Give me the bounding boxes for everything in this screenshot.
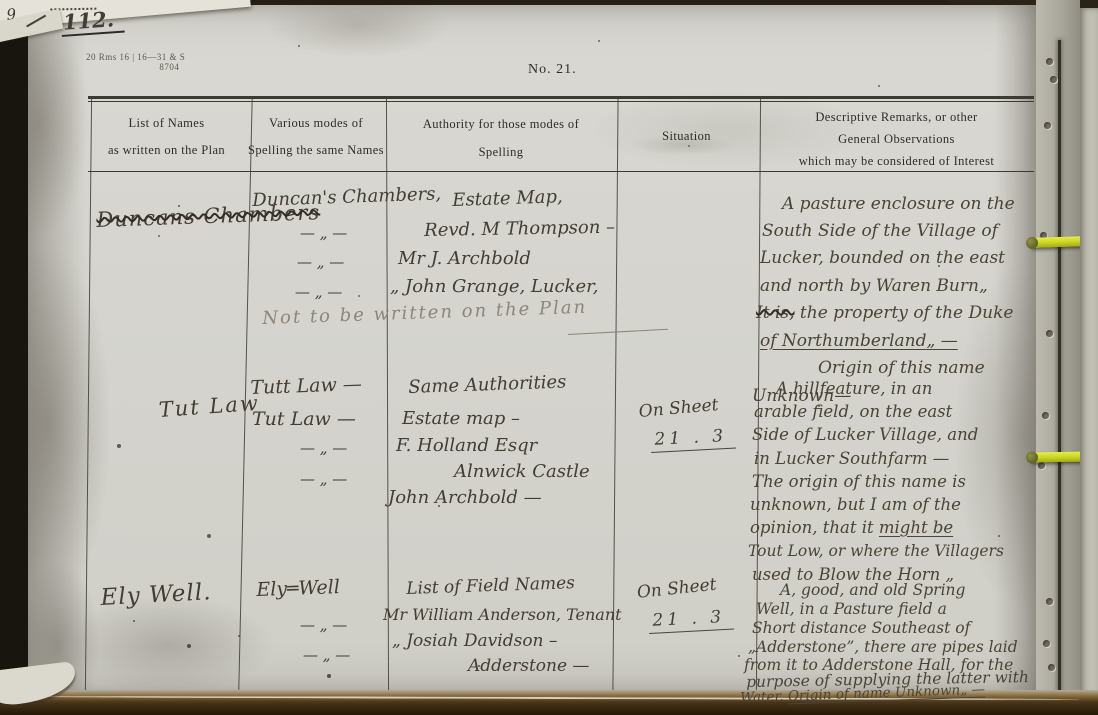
entry1-spelling-ditto-2: — „ — [297,253,344,271]
entry1-authority-1: Estate Map, [452,186,563,211]
entry2-spelling-2: Tut Law — [252,408,356,430]
header-list-of-names: List of Names as written on the Plan [88,110,245,164]
entry2-spelling-1: Tutt Law — [250,373,362,399]
entry1-remark-line7: Origin of this name [818,358,985,378]
entry2-authority-3: F. Holland Esqr [396,435,537,456]
binding-thread-bottom [1030,452,1086,463]
entry1-remark-line2: South Side of the Village of [762,221,998,241]
entry3-authority-3: „ Josiah Davidson – [392,631,557,651]
entry3-remark-line1: A, good, and old Spring [780,581,965,599]
folio-number: 112. [60,6,125,37]
entry3-remark-line3: Short distance Southeast of [752,619,970,637]
entry2-authority-2: Estate map – [402,408,520,429]
entry2-remark-underlined-words: might be [879,518,953,537]
punch-hole [1038,462,1045,469]
table-top-rule-thin [88,101,1034,102]
entry3-spelling-ditto-1: — „ — [300,616,347,634]
entry2-spelling-ditto-2: — „ — [300,470,347,488]
punch-hole [1044,122,1051,129]
header-descriptive-remarks: Descriptive Remarks, or other General Ob… [758,106,1035,172]
entry1-authority-4: „ John Grange, Lucker, [390,276,598,297]
entry3-remark-line2: Well, in a Pasture field a [756,600,947,618]
entry1-remark-line1: A pasture enclosure on the [782,194,1015,214]
entry1-spelling-ditto-3: — „ — [295,283,342,301]
entry1-authority-3: Mr J. Archbold [398,248,531,269]
table-top-rule-thick [88,96,1034,99]
entry2-situation-sheet: 21 . 3 [650,426,736,453]
punch-hole [1046,58,1053,65]
entry3-authority-4: Adderstone — [468,656,589,676]
gutter-crease [1058,40,1061,715]
entry3-spelling-1: Ely═Well [256,576,340,601]
entry3-spelling-ditto-2: — „ — [303,646,350,664]
entry1-spelling-ditto-1: — „ — [300,224,347,242]
entry1-authority-2: Revd. M Thompson – [424,217,615,241]
binding-thread-knot [1026,451,1038,463]
entry1-remark-line6: of Northumberland„ — [760,331,958,351]
entry2-authority-5: John Archbold — [388,487,542,508]
entry2-spelling-ditto-1: — „ — [300,439,347,457]
entry3-authority-2: Mr William Anderson, Tenant [383,605,622,624]
stamp-line1: 20 Rms 16 | 16—31 & S [86,52,185,62]
entry2-remark-line5: The origin of this name is [752,472,966,491]
entry3-situation-sheet: 21 . 3 [648,607,734,634]
entry1-remark-line4: and north by Waren Burn„ [760,276,988,296]
punch-hole [1046,598,1053,605]
entry2-remark-line3: Side of Lucker Village, and [752,425,978,444]
printed-stamp: 20 Rms 16 | 16—31 & S 8704 [86,52,185,72]
punch-hole [1046,330,1053,337]
entry1-remark-line3: Lucker, bounded on the east [760,248,1005,268]
entry2-remark-line8: Tout Low, or where the Villagers [748,542,1004,560]
adjacent-page-edge [1080,8,1098,715]
stamp-line2: 8704 [86,62,185,72]
punch-hole [1042,412,1049,419]
entry3-remark-line4: „Adderstone”, there are pipes laid [748,638,1018,656]
punch-hole [1048,664,1055,671]
punch-hole [1043,640,1050,647]
punch-hole [1050,76,1057,83]
entry2-remark-line6: unknown, but I am of the [750,495,961,514]
entry2-remark-line7: opinion, that it might be [750,518,953,537]
binding-thread-top [1030,236,1086,248]
binding-thread-knot [1026,237,1038,249]
entry2-remark-line2: arable field, on the east [754,402,952,421]
entry2-remark-line4: in Lucker Southfarm — [754,449,949,468]
entry2-authority-4: Alnwick Castle [454,461,590,482]
entry1-remark-struck-words: It is, [756,303,795,323]
page-number-label: No. 21. [528,62,577,78]
header-situation: Situation [615,129,758,144]
header-authority: Authority for those modes of Spelling [387,110,615,166]
header-various-modes: Various modes of Spelling the same Names [245,110,387,164]
previous-page-ink-stroke-2 [26,15,46,28]
name-book-page-photo: 9 112. 20 Rms 16 | 16—31 & S 8704 No. 21… [0,0,1098,715]
entry1-remark-line5: It is, the property of the Duke [756,303,1013,323]
entry2-remark-line1: A hillfeature, in an [776,379,932,398]
